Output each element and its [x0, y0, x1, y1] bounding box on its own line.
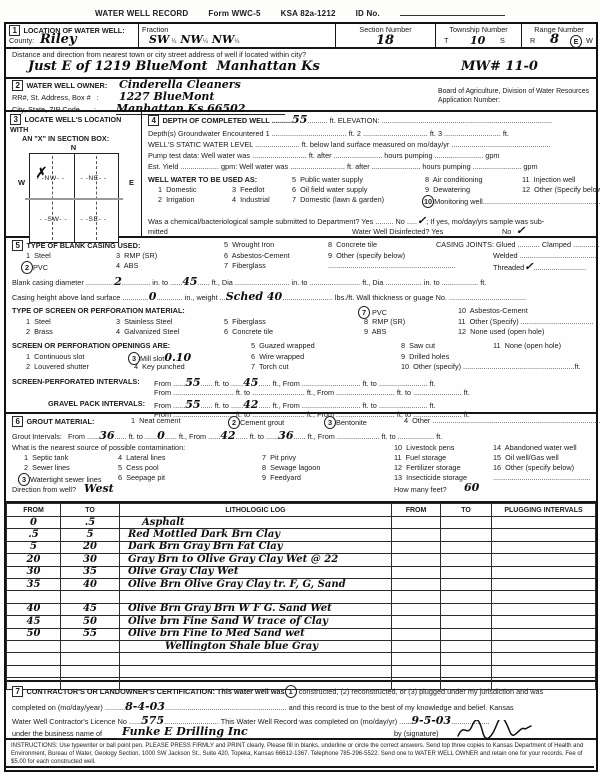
use-opt-6: 6 Oil field water supply: [292, 185, 367, 194]
openings-row-1: SCREEN OR PERFORATION OPENINGS ARE: 5 Gu…: [6, 341, 596, 352]
use-opt-3: 3 Feedlot: [232, 185, 264, 194]
log-desc: [120, 665, 392, 677]
log-from: [7, 665, 61, 677]
log-desc: [120, 653, 392, 665]
diameter-to: .............. in. to ......: [122, 278, 182, 287]
wall-thickness-label: ......................... lbs./ft. Wall …: [282, 293, 526, 302]
well-x-mark: ✗: [34, 166, 47, 180]
opening-opt-6: 6 Wire wrapped: [251, 352, 304, 361]
plug-from: [392, 628, 441, 640]
log-header-litho: LITHOLOGIC LOG: [120, 504, 392, 517]
row-section3-section4: 3LOCATE WELL'S LOCATION WITH AN "X" IN S…: [6, 112, 596, 238]
plug-to: [441, 616, 492, 628]
screen-opt-6: 6 Concrete tile: [224, 327, 273, 336]
county-value: Riley: [40, 33, 77, 46]
plug-from: [392, 517, 441, 529]
grout-d: ...... ft. to ......: [236, 432, 279, 441]
log-from: 20: [7, 554, 61, 566]
log-to: [61, 653, 120, 665]
section-number-value: 18: [376, 34, 394, 47]
distance-row: Distance and direction from nearest town…: [6, 49, 596, 79]
plug-interval: [492, 541, 596, 553]
quarter-1: ¼: [171, 39, 176, 45]
pump-test-line: Pump test data: Well water was .........…: [142, 149, 596, 160]
section-5-casing: 5TYPE OF BLANK CASING USED: 5 Wrought Ir…: [6, 240, 596, 414]
log-to: 30: [61, 554, 120, 566]
log-desc: Red Mottled Dark Brn Clay: [120, 529, 392, 541]
casing-opt-9-dots: ........................................…: [328, 261, 456, 270]
use-opt-1: 1 Domestic: [158, 185, 197, 194]
log-to: 20: [61, 541, 120, 553]
opening-opt-11: 11 None (open hole): [493, 341, 561, 350]
center-horizontal-line: [25, 198, 123, 200]
plug-interval: [492, 591, 596, 603]
log-desc: Gray Brn to Olive Gray Clay Wet @ 22: [120, 554, 392, 566]
log-from: .5: [7, 529, 61, 541]
screen-opt-5: 5 Fiberglass: [224, 317, 266, 326]
business-name-value: Funke E Drilling Inc: [116, 726, 278, 739]
section-4-depth: 4DEPTH OF COMPLETED WELL ..........55...…: [142, 112, 596, 236]
use-opt-2: 2 Irrigation: [158, 195, 195, 204]
gravel-pack-label: GRAVEL PACK INTERVALS:: [48, 399, 145, 408]
certification-line-2b: ........................................…: [165, 703, 514, 712]
casing-opt-9: 9 Other (specify below): [328, 251, 405, 260]
opening-opt-7: 7 Torch cut: [251, 362, 289, 371]
contam-opt-4: 4 Lateral lines: [118, 453, 165, 462]
plug-from: [392, 640, 441, 652]
agency-block: Board of Agriculture, Division of Water …: [438, 87, 589, 105]
contam-opt-10: 10 Livestock pens: [394, 443, 454, 452]
openings-title: SCREEN OR PERFORATION OPENINGS ARE:: [12, 341, 170, 350]
screen-opt-10: 10 Asbestos-Cement: [458, 306, 528, 315]
log-to: [61, 665, 120, 677]
log-row: [7, 653, 596, 665]
use-opt-12: 12 Other (Specify below): [522, 185, 600, 194]
fraction-1: SW: [149, 33, 169, 46]
plug-to: [441, 554, 492, 566]
plug-from: [392, 566, 441, 578]
casing-opt-5: 5 Wrought Iron: [224, 240, 274, 249]
monitoring-well-id: MW# 11-0: [461, 60, 538, 73]
township-t: T: [444, 36, 448, 45]
contam-opt-15: 15 Oil well/Gas well: [493, 453, 559, 462]
contam-opt-9: 9 Feedyard: [262, 473, 301, 482]
direction-value: West: [84, 483, 114, 494]
lithologic-log-section: FROM TO LITHOLOGIC LOG FROM TO PLUGGING …: [6, 503, 596, 682]
direction-row: Direction from well? West How many feet?…: [6, 485, 596, 497]
plug-interval: [492, 665, 596, 677]
board-of-agriculture: Board of Agriculture, Division of Water …: [438, 88, 589, 95]
use-opt-9: 9 Dewatering: [425, 185, 470, 194]
fraction-cell: Fraction SW ¼ NW¼ NW¼: [139, 24, 336, 47]
contam-opt-6: 6 Seepage pit: [118, 473, 165, 482]
opening-opt-9: 9 Drilled holes: [401, 352, 449, 361]
spi-rest: ...... ft., From .......................…: [258, 379, 435, 388]
screen-intervals-values: From ......55...... ft. to ......45.....…: [154, 377, 436, 388]
disinfected-no: No: [502, 227, 511, 236]
static-level-line: WELL'S STATIC WATER LEVEL ..............…: [142, 138, 596, 149]
owner-title: WATER WELL OWNER:: [26, 81, 107, 90]
township-cell: Township Number T 10 S: [436, 24, 522, 47]
casing-row-3: 2PVC 4 ABS 7 Fiberglass ................…: [6, 261, 596, 273]
compass-west: W: [18, 178, 25, 187]
use-row-2: 1 Domestic 3 Feedlot 6 Oil field water s…: [142, 185, 596, 195]
log-from: 30: [7, 566, 61, 578]
plug-to: [441, 628, 492, 640]
township-value: 10: [470, 35, 485, 46]
log-from: 40: [7, 603, 61, 615]
form-body: 1LOCATION OF WATER WELL: County: Riley F…: [4, 22, 598, 772]
screen-intervals-row-2: From .............................. ft. …: [6, 388, 596, 399]
plug-interval: [492, 529, 596, 541]
quadrant-ne: - -NE- -: [81, 175, 107, 182]
owner-name: Cinderella Cleaners: [119, 79, 241, 90]
section-number-cell: Section Number 18: [336, 24, 436, 47]
screen-intervals-row-1: SCREEN-PERFORATED INTERVALS: From ......…: [6, 377, 596, 388]
plug-interval: [492, 517, 596, 529]
opening-opt-4: 4 Key punched: [134, 362, 185, 371]
contam-opt-1: 1 Septic tank: [24, 453, 68, 462]
grout-opt-1: 1 Neat cement: [131, 416, 180, 425]
log-row: 3035Olive Gray Clay Wet: [7, 566, 596, 578]
casing-row-1: 5TYPE OF BLANK CASING USED: 5 Wrought Ir…: [6, 240, 596, 251]
plug-to: [441, 640, 492, 652]
openings-row-3: 2 Louvered shutter 4 Key punched 7 Torch…: [6, 362, 596, 374]
gpi-to: ...... ft. to ......: [201, 401, 244, 410]
log-desc: Wellington Shale blue Gray: [120, 640, 392, 652]
section-4-number: 4: [148, 115, 159, 126]
section-3-title-2: AN "X" IN SECTION BOX:: [22, 134, 109, 143]
distance-label: Distance and direction from nearest town…: [6, 49, 596, 59]
feet-value: 60: [464, 482, 479, 493]
use-row-3: 2 Irrigation 4 Industrial 7 Domestic (la…: [142, 195, 596, 206]
section-7-number: 7: [12, 686, 23, 697]
plug-interval: [492, 616, 596, 628]
casing-opt-4: 4 ABS: [116, 261, 138, 270]
opening-opt-5: 5 Guazed wrapped: [251, 341, 315, 350]
casing-opt-3: 3 RMP (SR): [116, 251, 157, 260]
log-to: 35: [61, 566, 120, 578]
fraction-2: NW: [180, 33, 202, 46]
quadrant-sw: - -SW- -: [40, 216, 68, 223]
log-desc: Olive Brn Gray Brn W F G. Sand Wet: [120, 603, 392, 615]
log-row: 2030Gray Brn to Olive Gray Clay Wet @ 22: [7, 554, 596, 566]
range-value: 8: [550, 33, 559, 46]
log-desc: Dark Brn Gray Brn Fat Clay: [120, 541, 392, 553]
grout-intervals-label: Grout Intervals: From ......: [12, 432, 99, 441]
threaded-label: Threaded: [493, 263, 524, 272]
id-blank-line: [400, 7, 505, 16]
log-header-row: FROM TO LITHOLOGIC LOG FROM TO PLUGGING …: [7, 504, 596, 517]
contam-opt-11: 11 Fuel storage: [394, 453, 446, 462]
use-label: WELL WATER TO BE USED AS:: [148, 175, 257, 184]
screen-opt-11: 11 Other (Specify) .....................…: [458, 317, 594, 326]
weight-value: Sched 40: [226, 290, 282, 303]
elevation-label: .......... ft. ELEVATION: ..............…: [307, 116, 552, 125]
grout-v2: 0: [157, 429, 165, 442]
casing-opt-1: 1 Steel: [26, 251, 51, 260]
certification-title: CONTRACTOR'S OR LANDOWNER'S CERTIFICATIO…: [26, 687, 284, 696]
screen-row-3: 2 Brass 4 Galvanized Steel 6 Concrete ti…: [6, 327, 596, 338]
spi-to: ...... ft. to ......: [201, 379, 244, 388]
contam-row-3: 2 Sewer lines 5 Cess pool 8 Sewage lagoo…: [6, 463, 596, 473]
log-from: 35: [7, 578, 61, 590]
plug-to: [441, 603, 492, 615]
direction-label: Direction from well?: [12, 485, 76, 494]
disinfected-label: Water Well Disinfected? Yes: [352, 227, 443, 236]
plug-interval: [492, 628, 596, 640]
section-3-number: 3: [10, 114, 21, 125]
signature: [454, 720, 534, 740]
log-row: 5055Olive brn Fine to Med Sand wet: [7, 628, 596, 640]
log-row: [7, 591, 596, 603]
openings-row-2: 1 Continuous slot 3Mill slot0.10 6 Wire …: [6, 352, 596, 362]
contam-opt-2: 2 Sewer lines: [24, 463, 70, 472]
grout-opt-2-label: Cement grout: [240, 418, 284, 427]
depth-label: DEPTH OF COMPLETED WELL ..........: [162, 116, 292, 125]
gravel-pack-values: From ......55...... ft. to ......42.....…: [154, 399, 436, 410]
screen-row-1: TYPE OF SCREEN OR PERFORATION MATERIAL: …: [6, 306, 596, 317]
log-header-to1: TO: [61, 504, 120, 517]
contam-opt-14: 14 Abandoned water well: [493, 443, 577, 452]
compass-east: E: [129, 178, 134, 187]
plug-to: [441, 578, 492, 590]
log-to: 5: [61, 529, 120, 541]
plug-from: [392, 653, 441, 665]
plug-from: [392, 529, 441, 541]
log-desc: Olive brn Fine Sand W trace of Clay: [120, 616, 392, 628]
contam-opt-8: 8 Sewage lagoon: [262, 463, 320, 472]
section-2-number: 2: [12, 80, 23, 91]
log-desc: Olive Gray Clay Wet: [120, 566, 392, 578]
log-to: 40: [61, 578, 120, 590]
grout-e: ...... ft., From ..................... f…: [293, 432, 442, 441]
township-s: S: [500, 36, 505, 45]
plug-to: [441, 591, 492, 603]
casing-joints-threaded: Threaded✓..........................: [493, 261, 586, 272]
contam-opt-16-dots: ........................................…: [493, 473, 590, 482]
est-yield-line: Est. Yield ................... gpm: Well…: [142, 160, 596, 171]
grout-b: ...... ft. to ......: [115, 432, 158, 441]
address-label: RR#, St. Address, Box # :: [12, 93, 99, 102]
log-from: [7, 653, 61, 665]
range-r: R: [530, 36, 535, 45]
certification-line-1b: constructed, (2) reconstructed, or (3) p…: [297, 687, 544, 696]
grout-row: 6GROUT MATERIAL: 1 Neat cement 2Cement g…: [6, 416, 596, 428]
contam-opt-16: 16 Other (specify below): [493, 463, 574, 472]
section-6-grout: 6GROUT MATERIAL: 1 Neat cement 2Cement g…: [6, 416, 596, 503]
use-opt-5: 5 Public water supply: [292, 175, 363, 184]
chem-sample-question-2: ; If yes, mo/day/yrs sample was sub-: [426, 217, 544, 226]
log-row: .55Red Mottled Dark Brn Clay: [7, 529, 596, 541]
diameter-rest: ...... ft., Dia ........................…: [198, 278, 487, 287]
grout-v4: 36: [278, 429, 293, 442]
log-row: 4550Olive brn Fine Sand W trace of Clay: [7, 616, 596, 628]
screen-opt-7-label: PVC: [372, 308, 387, 317]
log-row: Wellington Shale blue Gray: [7, 640, 596, 652]
range-east-circled: E: [570, 35, 582, 48]
completed-on-label: completed on (mo/day/year) ..........: [12, 703, 125, 712]
log-to: 55: [61, 628, 120, 640]
doc-title: WATER WELL RECORD: [95, 9, 188, 18]
business-name-label: under the business name of: [12, 729, 102, 738]
fraction-3: NW: [212, 33, 234, 46]
plug-interval: [492, 640, 596, 652]
compass-north: N: [6, 143, 141, 152]
screen-opt-12: 12 None used (open hole): [458, 327, 544, 336]
feet-label: How many feet?: [394, 485, 447, 494]
plug-from: [392, 665, 441, 677]
log-header-from1: FROM: [7, 504, 61, 517]
form-number: Form WWC-5: [208, 9, 260, 18]
section-3-locate: 3LOCATE WELL'S LOCATION WITH AN "X" IN S…: [6, 112, 142, 236]
log-to: .5: [61, 517, 120, 529]
contam-opt-13: 13 Insecticide storage: [394, 473, 467, 482]
plug-from: [392, 616, 441, 628]
screen-opt-2: 2 Brass: [26, 327, 53, 336]
section-1-location: 1LOCATION OF WATER WELL: County: Riley F…: [6, 24, 596, 49]
opening-opt-1: 1 Continuous slot: [26, 352, 84, 361]
screen-intervals-blank: From .............................. ft. …: [154, 388, 470, 397]
gpi-rest: ...... ft., From .......................…: [258, 401, 435, 410]
log-row: [7, 665, 596, 677]
plug-to: [441, 665, 492, 677]
casing-height-label: Casing height above land surface .......…: [12, 293, 149, 302]
grout-v1: 36: [99, 429, 114, 442]
log-from: 45: [7, 616, 61, 628]
contamination-label: What is the nearest source of possible c…: [12, 443, 185, 452]
document-header: WATER WELL RECORDForm WWC-5KSA 82a-1212I…: [0, 7, 600, 18]
threaded-dots: ..........................: [533, 263, 586, 272]
screen-opt-8: 8 RMP (SR): [364, 317, 405, 326]
section-5-number: 5: [12, 240, 23, 251]
depth-value: 55: [292, 113, 307, 126]
plug-from: [392, 578, 441, 590]
disinfected-no-checkmark: ✓: [516, 225, 525, 236]
log-to: 50: [61, 616, 120, 628]
opening-opt-8: 8 Saw cut: [401, 341, 435, 350]
log-to: [61, 640, 120, 652]
chem-sample-question: Was a chemical/bacteriological sample su…: [148, 217, 417, 226]
log-from: 5: [7, 541, 61, 553]
plug-interval: [492, 653, 596, 665]
casing-joints-glued: CASING JOINTS: Glued ........... Clamped…: [436, 240, 600, 249]
log-row: 4045Olive Brn Gray Brn W F G. Sand Wet: [7, 603, 596, 615]
grout-c: ...... ft., From ......: [165, 432, 221, 441]
county-label: County:: [9, 36, 34, 45]
log-row: 3540Olive Brn Olive Gray Clay tr. F, G, …: [7, 578, 596, 590]
plug-from: [392, 554, 441, 566]
screen-opt-3: 3 Stainless Steel: [116, 317, 172, 326]
contam-opt-12: 12 Fertilizer storage: [394, 463, 461, 472]
casing-opt-2-label: PVC: [33, 263, 48, 272]
opening-opt-2: 2 Louvered shutter: [26, 362, 89, 371]
plug-from: [392, 591, 441, 603]
screen-opt-4: 4 Galvanized Steel: [116, 327, 179, 336]
spi-from: From ......: [154, 379, 185, 388]
signature-label: by (signature): [394, 729, 439, 738]
groundwater-line: Depth(s) Groundwater Encountered 1 .....…: [142, 126, 596, 138]
log-header-from2: FROM: [392, 504, 441, 517]
lithologic-log-table: FROM TO LITHOLOGIC LOG FROM TO PLUGGING …: [6, 503, 596, 690]
quarter-2: ¼: [203, 39, 208, 45]
log-header-to2: TO: [441, 504, 492, 517]
disinfect-row: mitted Water Well Disinfected? Yes No ✓: [142, 227, 596, 237]
gpi-from: From ......: [154, 401, 185, 410]
grout-opt-3-label: Bentonite: [336, 418, 367, 427]
bottom-rule: [4, 766, 594, 768]
log-header-plugging: PLUGGING INTERVALS: [492, 504, 596, 517]
section-7-certification: 7CONTRACTOR'S OR LANDOWNER'S CERTIFICATI…: [6, 682, 596, 740]
log-row: 0.5Asphalt: [7, 517, 596, 529]
location-cell: 1LOCATION OF WATER WELL: County: Riley: [6, 24, 139, 47]
application-number-label: Application Number:: [438, 97, 500, 104]
log-desc: [120, 591, 392, 603]
log-desc: Olive Brn Olive Gray Clay tr. F, G, Sand: [120, 578, 392, 590]
quadrant-se: - -SE- -: [81, 216, 107, 223]
grout-title: GROUT MATERIAL:: [26, 417, 94, 426]
id-label: ID No.: [356, 9, 380, 18]
section-3-title-1: LOCATE WELL'S LOCATION WITH: [10, 115, 121, 134]
grout-v3: 42: [220, 429, 235, 442]
chem-mitted: mitted: [148, 227, 168, 236]
log-from: [7, 640, 61, 652]
use-opt-11: 11 Injection well: [522, 175, 575, 184]
range-cell: Range Number R 8 E W: [522, 24, 596, 47]
grout-opt-4: 4 Other ................................…: [404, 416, 600, 425]
gravel-row-1: GRAVEL PACK INTERVALS: From ......55....…: [6, 399, 596, 410]
log-from: 50: [7, 628, 61, 640]
chem-no-checkmark: ✓: [417, 214, 426, 227]
address-value: 1227 BlueMont: [119, 91, 215, 102]
plug-to: [441, 541, 492, 553]
plug-interval: [492, 554, 596, 566]
constructed-circled-number: 1: [285, 685, 297, 698]
plug-to: [441, 517, 492, 529]
contam-opt-5: 5 Cess pool: [118, 463, 159, 472]
log-from: [7, 591, 61, 603]
range-w: W: [586, 36, 593, 45]
township-label: Township Number: [439, 25, 518, 34]
plug-from: [392, 603, 441, 615]
log-to: 45: [61, 603, 120, 615]
log-desc: Olive brn Fine to Med Sand wet: [120, 628, 392, 640]
use-opt-10-label: Monitoring well: [434, 197, 483, 206]
diameter-label: Blank casing diameter ..............: [12, 278, 114, 287]
section-1-number: 1: [9, 25, 20, 36]
screen-material-title: TYPE OF SCREEN OR PERFORATION MATERIAL:: [12, 306, 185, 315]
casing-opt-8: 8 Concrete tile: [328, 240, 377, 249]
contam-row-2: 1 Septic tank 4 Lateral lines 7 Pit priv…: [6, 453, 596, 463]
casing-joints-welded: Welded .................................…: [493, 251, 597, 260]
screen-intervals-label: SCREEN-PERFORATED INTERVALS:: [12, 377, 140, 386]
plug-to: [441, 529, 492, 541]
casing-opt-6: 6 Asbestos-Cement: [224, 251, 290, 260]
instructions-line-1: INSTRUCTIONS: Use typewriter or ball poi…: [11, 743, 571, 749]
section-2-owner: 2WATER WELL OWNER: Cinderella Cleaners R…: [6, 79, 596, 112]
log-from: 0: [7, 517, 61, 529]
plug-interval: [492, 578, 596, 590]
weight-label: ............. in., weight ...: [156, 293, 225, 302]
log-row: 520Dark Brn Gray Brn Fat Clay: [7, 541, 596, 553]
screen-row-2: 1 Steel 3 Stainless Steel 5 Fiberglass 8…: [6, 317, 596, 327]
contam-row-1: What is the nearest source of possible c…: [6, 443, 596, 453]
casing-row-2: 1 Steel 3 RMP (SR) 6 Asbestos-Cement 9 O…: [6, 251, 596, 261]
plug-to: [441, 566, 492, 578]
opening-opt-10: 10 Other (specify) .....................…: [401, 362, 581, 371]
casing-title: TYPE OF BLANK CASING USED:: [26, 241, 140, 250]
screen-opt-1: 1 Steel: [26, 317, 51, 326]
